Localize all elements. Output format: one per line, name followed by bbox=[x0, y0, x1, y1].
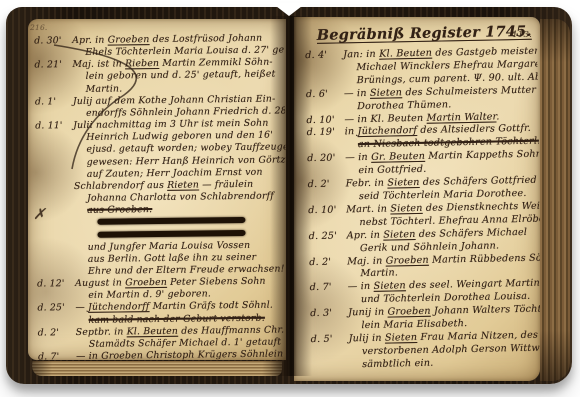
entry-text: August in Groeben Peter Siebens Sohn bbox=[75, 276, 266, 290]
entry-date bbox=[310, 328, 348, 329]
entry-place-underlined: Sieten bbox=[387, 177, 419, 189]
entry-text-post: Frau Maria Nitzen, des seel. bbox=[417, 329, 543, 343]
entry-text: lein geboren und d. 25' getauft, heißet bbox=[73, 69, 276, 84]
entry-text-pre: ein Gottfried. bbox=[358, 164, 426, 176]
entry-date: d. 30' bbox=[34, 35, 72, 48]
entry-date bbox=[308, 174, 346, 175]
entry-text-pre: an Niesbach todtgebohren Töchterl. bbox=[358, 136, 541, 151]
entry-text-post: des Lostfrüsod Johann bbox=[149, 33, 262, 45]
entry-text-pre: Septbr. in bbox=[76, 326, 127, 338]
entry-date: d. 2' bbox=[38, 327, 76, 340]
entry-text-pre: und Jungfer Maria Louisa Vossen bbox=[88, 240, 251, 253]
entry-date: d. 21' bbox=[34, 59, 72, 72]
entry-text-pre: Dorothea Thümen. bbox=[357, 99, 451, 112]
entry-place-underlined: Groeben bbox=[101, 350, 143, 361]
entry-text-pre: August in bbox=[75, 278, 125, 290]
entry-text-pre: lein Maria Elisabeth. bbox=[361, 318, 467, 331]
entry-place-underlined: Kl. Beuten bbox=[379, 48, 432, 60]
entry-text-pre: und Töchterlein Dorothea Louisa. bbox=[361, 291, 531, 305]
entry-text-pre: Martin. bbox=[360, 268, 398, 280]
entry-text-pre: seid Töchterlein Maria Dorothee. bbox=[359, 188, 527, 202]
entry-date: d. 25' bbox=[37, 302, 75, 315]
entry-text-pre: — in bbox=[348, 281, 374, 292]
entry-text-post: — fräulein bbox=[199, 179, 253, 191]
entry-text-pre: — in bbox=[344, 88, 370, 99]
entry-text-post: Martin Zemmikl Söhn- bbox=[159, 57, 273, 69]
entry-text-pre: endorffs Söhnlein Johann Friedrich d. 28… bbox=[86, 105, 288, 118]
entry-text-pre: aus Groeben. bbox=[87, 204, 152, 216]
entry-date: d. 7' bbox=[38, 351, 76, 361]
entry-date: d. 3' bbox=[310, 307, 348, 321]
open-register-book: 216. ✗ d. 30' Apr. in Groeben des Lostfr… bbox=[6, 7, 572, 384]
entry-text-pre: Ehre und der Eltern Freude erwachsen! bbox=[88, 263, 285, 276]
photo-stage: 216. ✗ d. 30' Apr. in Groeben des Lostfr… bbox=[0, 0, 580, 397]
entry-text-post: des Schäfers Michael bbox=[415, 227, 527, 240]
entry-date: d. 10' bbox=[308, 204, 346, 218]
entry-text-pre: — in Kl. Beuten bbox=[344, 112, 426, 125]
entry-date bbox=[307, 148, 345, 149]
entry-date bbox=[306, 70, 344, 71]
entry-place-underlined: Groeben bbox=[387, 306, 430, 318]
entry-place-underlined: Jütchendorff bbox=[88, 302, 150, 314]
entry-text-pre: Maj. ist in bbox=[72, 59, 125, 71]
entry-place-underlined: Martin Walter bbox=[426, 111, 496, 123]
entry-date: d. 12' bbox=[37, 278, 75, 291]
entry-text-pre: sämbtlich ein. bbox=[362, 357, 433, 369]
entry-date bbox=[309, 277, 347, 278]
entry-text-pre: ein Martin d. 9' geboren. bbox=[88, 289, 211, 301]
entry-date: d. 4' bbox=[305, 49, 343, 63]
entry-text-pre: Julij auf dem Kothe Johann Christian Ein… bbox=[73, 93, 276, 106]
entry-text: Martin. bbox=[73, 83, 123, 96]
register-line: sämbtlich ein. bbox=[337, 356, 535, 373]
entry-text-pre: — in bbox=[345, 152, 371, 163]
entry-text-pre: Ehels Töchterlein Maria Louisa d. 27' ge… bbox=[85, 44, 288, 58]
entry-place-underlined: Kl. Beuten bbox=[127, 326, 179, 338]
entry-text-pre: Johanna Charlotta von Schlabrendorff bbox=[87, 191, 274, 204]
entry-date bbox=[311, 354, 349, 355]
entry-text-post: Martin Kappeths Sohn bbox=[425, 149, 542, 162]
entry-text-post: Christoph Krügers Söhnlein bbox=[143, 349, 283, 362]
entry-text-pre: Gerik und Söhnlein Johann. bbox=[360, 240, 499, 254]
entry-text-post: Martin Rübbedens Söhnl. bbox=[429, 252, 544, 266]
right-page-block-edge bbox=[540, 19, 570, 381]
entry-place-underlined: Sieten bbox=[383, 229, 415, 241]
entry-place-underlined: Groeben bbox=[386, 254, 429, 266]
entry-text-pre: lein geboren und d. 25' getauft, heißet bbox=[86, 69, 276, 82]
entry-place-underlined: Groeben bbox=[125, 277, 167, 289]
right-page-entries: Begräbniß Register 1745. d. 4' Jan: in K… bbox=[291, 15, 544, 384]
entry-text-pre: Heinrich Ludwig geboren und den 16' bbox=[86, 130, 273, 143]
entry-text-post: . bbox=[496, 111, 499, 122]
entry-date: d. 25' bbox=[309, 230, 347, 244]
entry-text-pre: — bbox=[75, 302, 88, 313]
entry-date bbox=[309, 251, 347, 252]
entry-text-post: des seel. Weingart Martin Str. bbox=[406, 278, 544, 292]
entry-date: d. 7' bbox=[310, 282, 348, 296]
entry-text-pre: kam bald nach der Geburt verstorb. bbox=[89, 312, 265, 325]
entry-place-underlined: Rieten bbox=[167, 179, 199, 190]
entry-date: d. 5' bbox=[311, 333, 349, 347]
entry-date bbox=[311, 367, 349, 368]
entry-date bbox=[310, 303, 348, 304]
entry-date: d. 6' bbox=[306, 88, 344, 102]
entry-date bbox=[306, 83, 344, 84]
entry-text-pre: Martin. bbox=[86, 83, 123, 94]
entry-date: d. 10' bbox=[306, 114, 344, 128]
entry-text-pre: ejusd. getauft worden; wobey Tauffzeugen bbox=[86, 142, 288, 156]
entry-text: — in Groeben Christoph Krügers Söhnlein bbox=[76, 349, 283, 362]
entry-text-post: des Hauffmanns Chr. bbox=[178, 324, 284, 336]
entry-text-pre: Maj. in bbox=[347, 255, 386, 267]
entry-place-underlined: Groeben bbox=[108, 34, 150, 46]
entry-date: d. 2' bbox=[309, 256, 347, 270]
entry-text-pre: Julij in bbox=[349, 333, 386, 345]
entry-text-pre: in bbox=[345, 127, 358, 138]
entry-text-post: des Schulmeisters Mutter bbox=[402, 84, 536, 98]
entry-text-post: des Schäfers Gottfried Vol- bbox=[420, 174, 544, 188]
register-line: d. 7' — in Groeben Christoph Krügers Söh… bbox=[64, 349, 282, 362]
left-page-block-edge bbox=[32, 361, 283, 376]
entry-text-pre: Apr. in bbox=[72, 35, 108, 46]
entry-text-pre: gewesen: Herr Hanß Heinrich von Görtzke bbox=[87, 154, 288, 168]
entry-text-post: des Gastgeb meister bbox=[432, 46, 539, 59]
entry-text-pre: — in bbox=[76, 351, 101, 362]
entry-text: sämbtlich ein. bbox=[349, 357, 433, 372]
entry-text-post: des Altsiedlers Gottfr. bbox=[417, 123, 531, 136]
entry-text-pre: aus Berlin. Gott laße ihn zu seiner bbox=[88, 252, 257, 265]
entry-place-underlined: Sieten bbox=[385, 332, 417, 344]
entry-text-post: Martin Gräfs todt Söhnl. bbox=[149, 300, 273, 313]
entry-text-pre: Febr. in bbox=[346, 178, 388, 190]
entry-date: d. 2' bbox=[308, 178, 346, 192]
entry-text-pre: Stamädts Schäfer Michael d. 1' getauft bbox=[89, 336, 281, 349]
entry-place-underlined: Sieten bbox=[390, 203, 422, 215]
entry-text-post: Johann Walters Töchter- bbox=[431, 303, 544, 316]
entry-text-pre: Mart. in bbox=[346, 203, 390, 215]
entry-place-underlined: Sieten bbox=[374, 281, 406, 293]
entry-text-pre: Jan: in bbox=[343, 49, 379, 61]
entry-text-pre: Schlabrendorf aus bbox=[74, 180, 167, 192]
entry-text: Martin. bbox=[347, 268, 398, 282]
left-page: 216. ✗ d. 30' Apr. in Groeben des Lostfr… bbox=[28, 19, 286, 360]
entry-text-pre: nebst Töchterl. Ehefrau Anna Elröben. bbox=[359, 213, 543, 228]
left-page-entries: d. 30' Apr. in Groeben des Lostfrüsod Jo… bbox=[26, 17, 288, 361]
entry-date bbox=[308, 199, 346, 200]
entry-text: aus Groeben. bbox=[74, 204, 152, 217]
entry-text-post: des Dienstknechts Weib bbox=[422, 200, 543, 213]
right-page-line-list: d. 4' Jan: in Kl. Beuten des Gastgeb mei… bbox=[331, 46, 535, 372]
entry-text-pre: Apr. in bbox=[347, 229, 384, 241]
entry-date: d. 19' bbox=[307, 127, 345, 141]
entry-text-pre: auf Zauten; Herr Joachim Ernst von bbox=[87, 166, 263, 179]
entry-text: Johanna Charlotta von Schlabrendorff bbox=[74, 191, 274, 206]
entry-text-pre: Julii nachmittag im 3 Uhr ist mein Sohn bbox=[73, 118, 268, 131]
entry-date bbox=[306, 109, 344, 110]
entry-place-underlined: Rieben bbox=[125, 58, 159, 69]
entry-place-underlined: Sieten bbox=[370, 87, 402, 99]
entry-date bbox=[308, 225, 346, 226]
entry-text-pre: Junij in bbox=[348, 307, 388, 319]
entry-place-underlined: Gr. Beuten bbox=[371, 151, 425, 163]
right-page: 113. Begräbniß Register 1745. d. 4' Jan:… bbox=[294, 17, 540, 381]
entry-place-underlined: Jütchendorf bbox=[358, 125, 418, 137]
entry-text-post: Peter Siebens Sohn bbox=[167, 276, 266, 288]
entry-date: d. 20' bbox=[307, 153, 345, 167]
entry-date: d. 11' bbox=[35, 120, 73, 133]
spine-top-notch bbox=[272, 3, 306, 16]
entry-date: d. 1' bbox=[35, 96, 73, 109]
page-title: Begräbniß Register 1745. bbox=[317, 23, 529, 44]
